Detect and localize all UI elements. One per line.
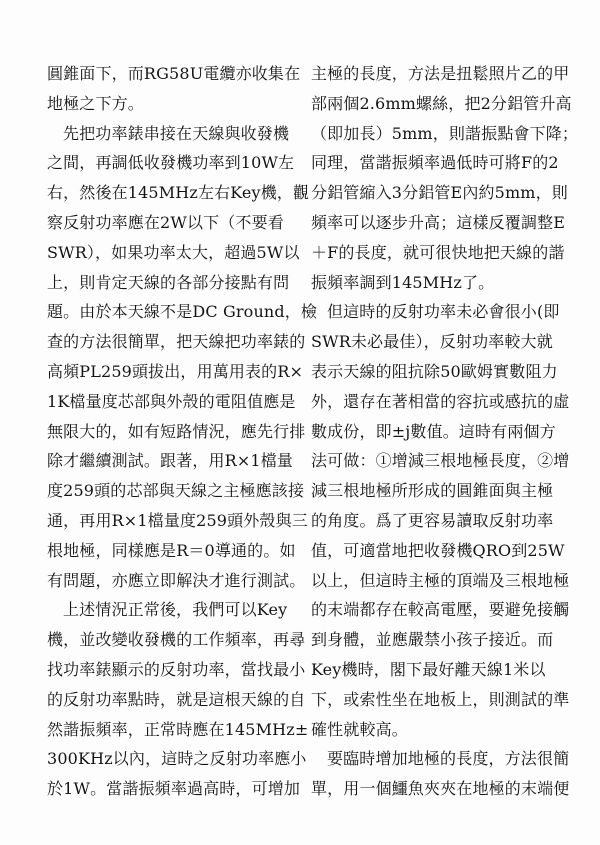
text-line: 外，還存在著相當的容抗或感抗的虛 — [311, 387, 545, 417]
text-line: 找功率錶顯示的反射功率，當找最小 — [47, 655, 281, 685]
text-line: 分鋁管縮入3分鋁管E內約5mm，則 — [311, 178, 545, 208]
text-line: 的末端都存在較高電壓，要避免接觸 — [311, 595, 545, 625]
text-line: 300KHz以內，這時之反射功率應小 — [47, 744, 281, 774]
text-line: 同理，當諧振頻率過低時可將F的2 — [311, 148, 545, 178]
text-line: 表示天線的阻抗除50歐姆實數阻力 — [311, 357, 545, 387]
text-line: 上，則肯定天線的各部分接點有問 — [47, 268, 281, 298]
text-line: 的角度。爲了更容易讀取反射功率 — [311, 506, 545, 536]
text-line: 通，再用R×1檔量度259頭外殼與三 — [47, 506, 281, 536]
text-line: ＋F的長度，就可很快地把天線的諧 — [311, 238, 545, 268]
text-line: 根地極，同樣應是R＝0導通的。如 — [47, 536, 281, 566]
paragraph-start-line: 要臨時增加地極的長度，方法很簡 — [311, 744, 545, 774]
text-line: 主極的長度，方法是扭鬆照片乙的甲 — [311, 59, 545, 89]
text-line: 圓錐面下，而RG58U電纜亦收集在 — [47, 59, 281, 89]
right-text-column: 主極的長度，方法是扭鬆照片乙的甲 部兩個2.6mm螺絲，把2分鋁管升高 （即加長… — [311, 59, 545, 804]
text-line: SWR未必最佳），反射功率較大就 — [311, 327, 545, 357]
document-page: 圓錐面下，而RG58U電纜亦收集在 地極之下方。 先把功率錶串接在天線與收發機 … — [0, 0, 600, 845]
text-line: 高頻PL259頭拔出，用萬用表的R× — [47, 357, 281, 387]
text-line: 有問題，亦應立即解決才進行測試。 — [47, 566, 281, 596]
text-line: 於1W。當諧振頻率過高時，可增加 — [47, 774, 281, 804]
text-line: 法可做：①增減三根地極長度，②增 — [311, 446, 545, 476]
paragraph-start-line: 但這時的反射功率未必會很小(即 — [311, 297, 545, 327]
text-line: Key機時，閣下最好離天線1米以 — [311, 655, 545, 685]
text-line: 除才繼續測試。跟著，用R×1檔量 — [47, 446, 281, 476]
paragraph-start-line: 先把功率錶串接在天線與收發機 — [47, 119, 281, 149]
text-line: 確性就較高。 — [311, 715, 545, 745]
text-line: 地極之下方。 — [47, 89, 281, 119]
text-line: 之間，再調低收發機功率到10W左 — [47, 148, 281, 178]
text-line: 1K檔量度芯部與外殼的電阻值應是 — [47, 387, 281, 417]
text-line: 無限大的，如有短路情況，應先行排 — [47, 417, 281, 447]
text-line: 頻率可以逐步升高；這樣反覆調整E — [311, 208, 545, 238]
text-line: 的反射功率點時，就是這根天線的自 — [47, 685, 281, 715]
text-line: （即加長）5mm，則諧振點會下降； — [311, 119, 545, 149]
text-line: SWR），如果功率太大，超過5W以 — [47, 238, 281, 268]
text-line: 值，可適當地把收發機QRO到25W — [311, 536, 545, 566]
text-line: 下，或索性坐在地板上，則測試的準 — [311, 685, 545, 715]
left-text-column: 圓錐面下，而RG58U電纜亦收集在 地極之下方。 先把功率錶串接在天線與收發機 … — [47, 59, 281, 804]
text-line: 部兩個2.6mm螺絲，把2分鋁管升高 — [311, 89, 545, 119]
text-line: 振頻率調到145MHz了。 — [311, 268, 545, 298]
text-line: 題。由於本天線不是DC Ground，檢 — [47, 297, 281, 327]
text-line: 查的方法很簡單，把天線把功率錶的 — [47, 327, 281, 357]
text-line: 察反射功率應在2W以下（不要看 — [47, 208, 281, 238]
text-line: 然諧振頻率，正常時應在145MHz± — [47, 715, 281, 745]
text-line: 度259頭的芯部與天線之主極應該接 — [47, 476, 281, 506]
paragraph-start-line: 上述情況正常後，我們可以Key — [47, 595, 281, 625]
text-line: 機，並改變收發機的工作頻率，再尋 — [47, 625, 281, 655]
text-line: 數成份，即±j數值。這時有兩個方 — [311, 417, 545, 447]
text-line: 以上，但這時主極的頂端及三根地極 — [311, 566, 545, 596]
text-line: 到身體，並應嚴禁小孩子接近。而 — [311, 625, 545, 655]
text-line: 減三根地極所形成的圓錐面與主極 — [311, 476, 545, 506]
text-line: 右，然後在145MHz左右Key機，觀 — [47, 178, 281, 208]
text-line: 單，用一個鱷魚夾夾在地極的末端便 — [311, 774, 545, 804]
